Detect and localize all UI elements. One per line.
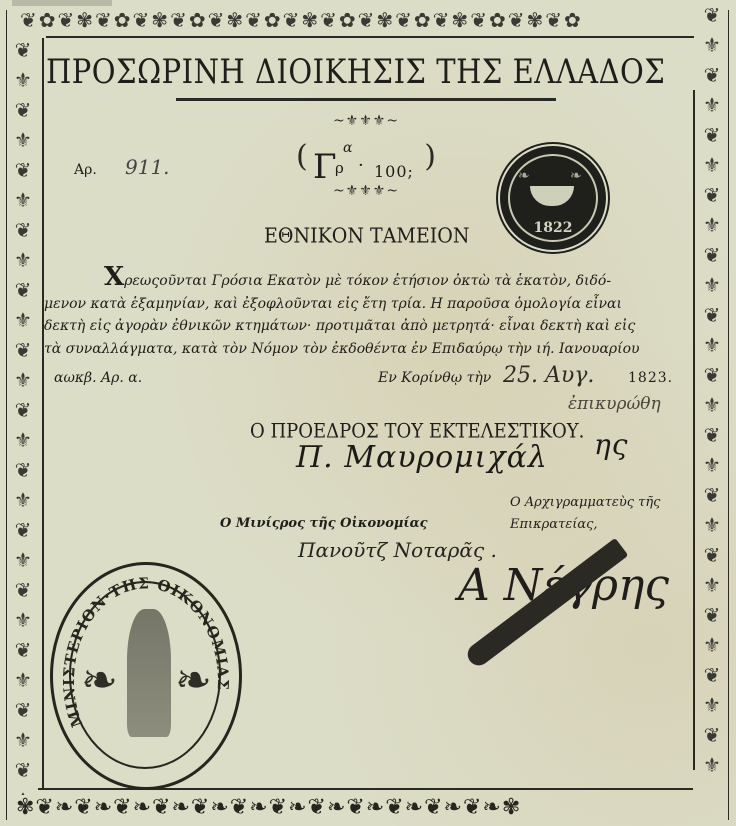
frame-rule-right	[693, 90, 695, 770]
minister-title: Ο Μινίςρος τῆς Οἰκονομίας	[220, 516, 428, 531]
date-prefix: αωκβ. Αρ. α.	[54, 370, 142, 386]
box-ornament-right: )	[424, 139, 436, 174]
round-seal: ❧ ❧ 1822	[500, 146, 606, 250]
date-year: 1823.	[628, 370, 673, 386]
olive-branch-icon: ❧	[81, 655, 118, 706]
box-ornament-top: ~⚜⚜⚜~	[296, 113, 436, 129]
ornamental-border-right: ❦ ⚜ ❦ ⚜ ❦ ⚜ ❦ ⚜ ❦ ⚜ ❦ ⚜ ❦ ⚜ ❦ ⚜ ❦ ⚜ ❦ ⚜ …	[696, 0, 728, 795]
secretary-title: Ο Αρχιγραμματεὺς τῆς Επικρατείας,	[510, 492, 660, 536]
title-underline	[176, 98, 556, 101]
outer-rule-left	[6, 10, 7, 820]
date-place: Εν Κορίνθῳ τὴν	[378, 370, 491, 386]
issuer-heading: ΕΘΝΙΚΟΝ ΤΑΜΕΙΟΝ	[264, 224, 469, 248]
ornamental-border-top: ❦✿❦✾❦✿❦✾❦✿❦✾❦✿❦✾❦✿❦✾❦✿❦✾❦✿❦✾❦✿	[20, 6, 720, 34]
bond-terms-text: Χρεωςοῦνται Γρόσια Εκατὸν μὲ τόκον ἐτήσι…	[44, 266, 684, 360]
outer-rule-right	[728, 10, 729, 820]
minister-signature: Πανοῦτζ Νοταρᾶς .	[298, 538, 497, 562]
frame-rule-left	[42, 38, 44, 790]
secretary-title-line: Επικρατείας,	[510, 514, 660, 536]
ornamental-border-left: ❦ ⚜ ❦ ⚜ ❦ ⚜ ❦ ⚜ ❦ ⚜ ❦ ⚜ ❦ ⚜ ❦ ⚜ ❦ ⚜ ❦ ⚜ …	[8, 35, 38, 795]
drop-cap: Χ	[104, 262, 124, 292]
seal-leaf-icon: ❧	[518, 168, 530, 184]
handwritten-annotation: ἐπικυρώθη	[568, 394, 661, 414]
president-signature: Π. Μαυρομιχάλ ης	[296, 440, 548, 475]
currency-superscript: α	[343, 140, 352, 156]
signature-flourish: ης	[594, 428, 628, 461]
ornamental-border-bottom: ✾❦❧❦❧❦❧❦❧❦❧❦❧❦❧❦❧❦❧❦❧❦❧❦❧✾	[16, 793, 716, 823]
frame-rule-top	[46, 36, 694, 38]
round-seal-year: 1822	[500, 220, 606, 236]
document-title: ΠΡΟΣΩΡΙΝΗ ΔΙΟΙΚΗΣΙΣ ΤΗΣ ΕΛΛΑΔΟΣ	[46, 52, 696, 91]
body-line-text: ρεωςοῦνται Γρόσια Εκατὸν μὲ τόκον ἐτήσιο…	[124, 273, 611, 289]
currency-separator: ·	[358, 155, 364, 176]
currency-symbol: Γ	[313, 147, 337, 187]
athena-figure-icon	[127, 609, 171, 737]
handwritten-date: 25. Αυγ.	[503, 363, 594, 388]
olive-branch-icon: ❧	[175, 655, 212, 706]
secretary-title-line: Ο Αρχιγραμματεὺς τῆς	[510, 492, 660, 514]
body-line: δεκτὴ εἰς ἀγορὰν ἐθνικῶν κτημάτων· προτι…	[44, 315, 684, 338]
body-line: μενον κατὰ ἑξαμηνίαν, καὶ ἐξοφλοῦνται εἰ…	[44, 293, 684, 316]
body-line: τὰ συναλλάγματα, κατὰ τὸν Νόμον τὸν ἐκδο…	[44, 338, 684, 361]
denomination-amount: 100;	[374, 162, 414, 181]
serial-number-value: 911.	[125, 155, 170, 179]
box-ornament-left: (	[296, 139, 308, 174]
serial-number-label: Αρ.	[74, 162, 97, 178]
seal-leaf-icon: ❧	[570, 168, 582, 184]
denomination-box: ~⚜⚜⚜~ ( ) ~⚜⚜⚜~ Γ ρ α · 100;	[296, 117, 436, 207]
ministry-seal: ΜΙΝΙΣΤΕΡΙΟΝ·ΤΗΣ ΟΙΚΟΝΟΜΙΑΣ ❧ ❧	[50, 562, 242, 790]
body-line: Χρεωςοῦνται Γρόσια Εκατὸν μὲ τόκον ἐτήσι…	[44, 266, 684, 293]
currency-subscript: ρ	[335, 159, 344, 177]
president-signature-text: Π. Μαυρομιχάλ	[296, 440, 548, 475]
